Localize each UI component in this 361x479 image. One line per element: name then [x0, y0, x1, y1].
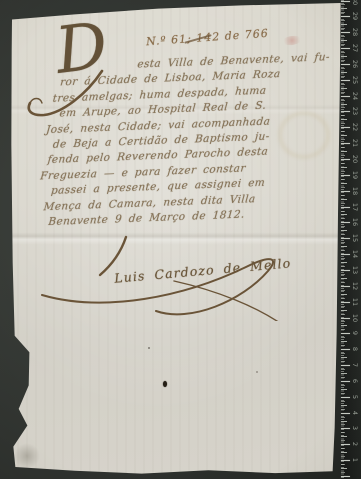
ruler-tick	[341, 242, 345, 243]
ruler-tick	[341, 373, 347, 374]
ruler-tick	[341, 191, 350, 192]
ruler-tick	[341, 24, 347, 25]
ruler-tick	[341, 254, 350, 255]
ruler-tick	[341, 76, 345, 77]
ruler-tick	[341, 286, 350, 287]
ruler-tick	[341, 80, 350, 81]
ruler-tick	[341, 290, 345, 291]
ruler-tick	[341, 428, 350, 429]
ruler-tick	[341, 345, 345, 346]
ruler-tick	[341, 409, 345, 410]
ruler-tick	[341, 203, 345, 204]
ruler-number: 28	[351, 26, 359, 38]
ruler-number: 20	[351, 153, 359, 165]
ruler-tick	[341, 171, 345, 172]
ruler-tick	[341, 357, 347, 358]
ruler-tick	[341, 298, 345, 299]
ruler-tick	[341, 100, 345, 101]
ruler-number: 21	[351, 137, 359, 149]
ruler-tick	[341, 349, 350, 350]
ruler-number: 18	[351, 185, 359, 197]
ruler-tick	[341, 424, 345, 425]
ruler-tick	[341, 44, 345, 45]
ruler-number: 4	[351, 407, 359, 419]
ruler-tick	[341, 195, 345, 196]
ruler-tick	[341, 302, 350, 303]
ruler-number: 11	[351, 296, 359, 308]
ruler-number: 30	[351, 0, 359, 7]
ruler-tick	[341, 381, 350, 382]
ruler-tick	[341, 282, 345, 283]
ruler-tick	[341, 111, 350, 112]
ruler-tick	[341, 270, 350, 271]
ruler-tick	[341, 218, 345, 219]
ruler-tick	[341, 127, 350, 128]
ruler-tick	[341, 230, 347, 231]
ruler-tick	[341, 4, 345, 5]
ruler-tick	[341, 92, 345, 93]
ruler-tick	[341, 147, 345, 148]
ruler-tick	[341, 183, 347, 184]
ruler-tick	[341, 151, 347, 152]
ruler-tick	[341, 294, 347, 295]
ruler-tick	[341, 52, 345, 53]
ruler-number: 5	[351, 391, 359, 403]
ruler-tick	[341, 440, 345, 441]
ruler-tick	[341, 222, 350, 223]
corner-stain	[14, 443, 40, 469]
ruler-scale: 1234567891011121314151617181920212223242…	[341, 0, 361, 479]
ruler-tick	[341, 452, 347, 453]
ruler-number: 3	[351, 422, 359, 434]
ruler-tick	[341, 341, 347, 342]
ruler-tick	[341, 214, 347, 215]
ruler-number: 24	[351, 90, 359, 102]
ruler-tick	[341, 246, 347, 247]
ruler-tick	[341, 472, 345, 473]
ruler-number: 12	[351, 280, 359, 292]
ruler-tick	[341, 262, 347, 263]
ruler-tick	[341, 266, 345, 267]
ink-spot	[163, 381, 167, 387]
ruler-tick	[341, 68, 345, 69]
ruler-tick	[341, 56, 347, 57]
photo-background: N.º 61; 142 de 766 D esta Villa de Benav…	[0, 0, 361, 479]
ruler-tick	[341, 314, 345, 315]
ink-spot	[148, 347, 150, 349]
ruler-number: 23	[351, 105, 359, 117]
ruler-tick	[341, 36, 345, 37]
ruler-tick	[341, 175, 350, 176]
ruler-tick	[341, 119, 347, 120]
ruler-number: 27	[351, 42, 359, 54]
ruler-tick	[341, 211, 345, 212]
ruler-tick	[341, 321, 345, 322]
ruler-tick	[341, 107, 345, 108]
ruler-tick	[341, 143, 350, 144]
ruler-tick	[341, 325, 347, 326]
ink-spot	[256, 371, 258, 373]
ruler-tick	[341, 369, 345, 370]
ruler-tick	[341, 226, 345, 227]
ruler-tick	[341, 60, 345, 61]
ruler-tick	[341, 353, 345, 354]
ruler-tick	[341, 8, 347, 9]
ruler-tick	[341, 20, 345, 21]
ruler-tick	[341, 250, 345, 251]
ruler-tick	[341, 393, 345, 394]
ruler-tick	[341, 167, 347, 168]
ruler-tick	[341, 163, 345, 164]
ruler-tick	[341, 199, 347, 200]
ruler-tick	[341, 436, 347, 437]
ruler-tick	[341, 468, 347, 469]
ruler-number: 25	[351, 74, 359, 86]
ruler-tick	[341, 397, 350, 398]
ruler-tick	[341, 329, 345, 330]
ruler-tick	[341, 96, 350, 97]
ruler-tick	[341, 306, 345, 307]
ruler-number: 8	[351, 343, 359, 355]
ruler-tick	[341, 258, 345, 259]
ruler-tick	[341, 104, 347, 105]
ruler-tick	[341, 444, 350, 445]
ruler-number: 22	[351, 121, 359, 133]
ruler-tick	[341, 40, 347, 41]
ruler-number: 15	[351, 232, 359, 244]
ruler-tick	[341, 159, 350, 160]
ruler-number: 29	[351, 10, 359, 22]
ruler-number: 17	[351, 201, 359, 213]
ruler-tick	[341, 310, 347, 311]
ruler-tick	[341, 28, 345, 29]
ruler-tick	[341, 413, 350, 414]
ruler-tick	[341, 432, 345, 433]
ruler-tick	[341, 12, 345, 13]
ruler-tick	[341, 464, 345, 465]
ruler-tick	[341, 207, 350, 208]
ruler-tick	[341, 72, 347, 73]
ruler-tick	[341, 405, 347, 406]
ruler-tick	[341, 135, 347, 136]
ruler-number: 14	[351, 248, 359, 260]
manuscript-sheet: N.º 61; 142 de 766 D esta Villa de Benav…	[8, 3, 342, 475]
ruler-tick	[341, 389, 347, 390]
ruler-number: 26	[351, 58, 359, 70]
ruler-number: 2	[351, 438, 359, 450]
ruler-tick	[341, 64, 350, 65]
ruler-tick	[341, 115, 345, 116]
ruler-number: 16	[351, 216, 359, 228]
ruler-tick	[341, 337, 345, 338]
ruler-tick	[341, 476, 350, 477]
ruler-number: 19	[351, 169, 359, 181]
registry-number: N.º 61; 142 de 766	[146, 27, 269, 49]
ruler-tick	[341, 84, 345, 85]
ruler-tick	[341, 88, 347, 89]
letter-body: esta Villa de Benavente, vai fu- ror á C…	[32, 51, 314, 231]
ruler-tick	[341, 460, 350, 461]
ruler-tick	[341, 274, 345, 275]
ruler-tick	[341, 16, 350, 17]
ruler-number: 1	[351, 454, 359, 466]
ruler-tick	[341, 48, 350, 49]
ruler-number: 7	[351, 359, 359, 371]
ruler-tick	[341, 123, 345, 124]
ruler-number: 13	[351, 264, 359, 276]
ruler-tick	[341, 179, 345, 180]
ruler-tick	[341, 187, 345, 188]
ruler-tick	[341, 401, 345, 402]
ruler-tick	[341, 238, 350, 239]
ruler-tick	[341, 1, 350, 2]
ruler-tick	[341, 318, 350, 319]
ruler-tick	[341, 385, 345, 386]
ruler-tick	[341, 333, 350, 334]
ruler-tick	[341, 32, 350, 33]
ruler-tick	[341, 131, 345, 132]
ruler-number: 9	[351, 327, 359, 339]
ruler-tick	[341, 377, 345, 378]
ruler-tick	[341, 234, 345, 235]
ruler-tick	[341, 361, 345, 362]
red-ink-smudge	[281, 35, 302, 47]
ruler-tick	[341, 417, 345, 418]
ruler-tick	[341, 448, 345, 449]
ruler-tick	[341, 155, 345, 156]
ruler-tick	[341, 421, 347, 422]
ruler-tick	[341, 278, 347, 279]
ruler-number: 6	[351, 375, 359, 387]
ruler-tick	[341, 139, 345, 140]
ruler-tick	[341, 456, 345, 457]
ruler-number: 10	[351, 312, 359, 324]
ruler-tick	[341, 365, 350, 366]
